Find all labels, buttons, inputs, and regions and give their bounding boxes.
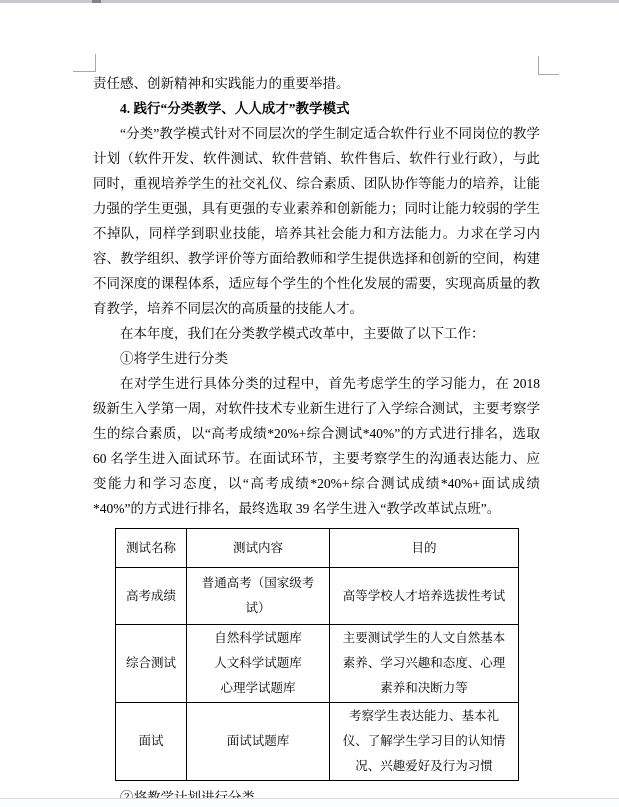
window-bottom-edge <box>0 798 619 807</box>
test-classification-table: 测试名称 测试内容 目的 高考成绩 普通高考（国家级考试） 高等学校人才培养选拔… <box>115 528 519 781</box>
table-cell-test-name: 综合测试 <box>116 625 187 703</box>
table-header-test-name: 测试名称 <box>116 529 187 568</box>
table-cell-purpose: 主要测试学生的人文自然基本素养、学习兴趣和态度、心理素养和决断力等 <box>330 625 519 703</box>
paragraph-intro-tail: 责任感、创新精神和实践能力的重要举措。 <box>93 71 540 96</box>
table-cell-test-name: 高考成绩 <box>116 568 187 625</box>
table-cell-purpose: 高等学校人才培养选拔性考试 <box>330 568 519 625</box>
table-header-purpose: 目的 <box>330 529 519 568</box>
table-row-comprehensive-test: 综合测试 自然科学试题库 人文科学试题库 心理学试题库 主要测试学生的人文自然基… <box>116 625 519 703</box>
table-row-gaokao: 高考成绩 普通高考（国家级考试） 高等学校人才培养选拔性考试 <box>116 568 519 625</box>
paragraph-student-classification: 在对学生进行具体分类的过程中，首先考虑学生的学习能力，在 2018 级新生入学第… <box>93 371 540 521</box>
table-cell-test-content: 面试试题库 <box>187 703 330 781</box>
margin-crop-mark-top-left <box>95 54 96 72</box>
window-top-edge <box>0 0 619 3</box>
table-header-test-content: 测试内容 <box>187 529 330 568</box>
table-row-interview: 面试 面试试题库 考察学生表达能力、基本礼仪、了解学生学习目的认知情况、兴趣爱好… <box>116 703 519 781</box>
table-header-row: 测试名称 测试内容 目的 <box>116 529 519 568</box>
document-page: { "window": { "top_edge_color": "#c7c7cf… <box>0 0 619 807</box>
scroll-position-tick <box>92 0 101 3</box>
table-cell-test-content: 普通高考（国家级考试） <box>187 568 330 625</box>
document-text-block: 责任感、创新精神和实践能力的重要举措。 4. 践行“分类教学、人人成才”教学模式… <box>93 71 540 807</box>
list-item-classify-students: ①将学生进行分类 <box>93 346 540 371</box>
table-cell-purpose: 考察学生表达能力、基本礼仪、了解学生学习目的认知情况、兴趣爱好及行为习惯 <box>330 703 519 781</box>
paragraph-year-work: 在本年度，我们在分类教学模式改革中，主要做了以下工作： <box>93 321 540 346</box>
table-cell-test-content: 自然科学试题库 人文科学试题库 心理学试题库 <box>187 625 330 703</box>
margin-crop-mark-top-right <box>538 74 559 75</box>
paragraph-teaching-model: “分类”教学模式针对不同层次的学生制定适合软件行业不同岗位的教学计划（软件开发、… <box>93 121 540 321</box>
table-cell-test-name: 面试 <box>116 703 187 781</box>
section-heading: 4. 践行“分类教学、人人成才”教学模式 <box>93 96 540 121</box>
